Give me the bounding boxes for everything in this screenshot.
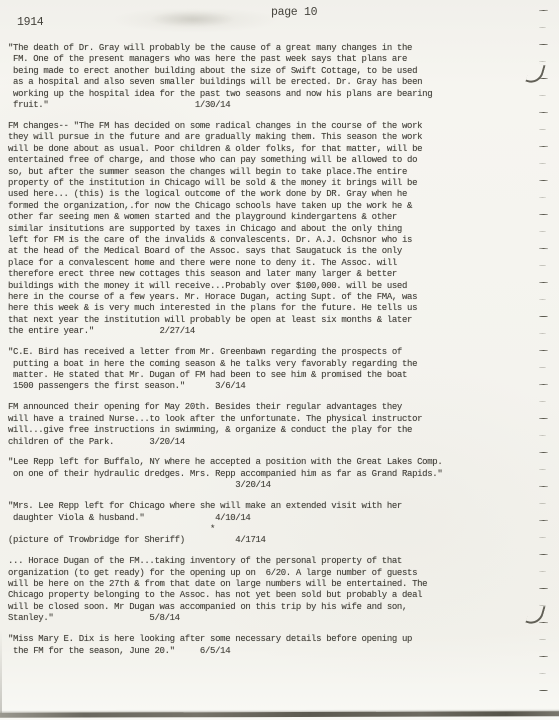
text-line: will be here on the 27th & from that dat… xyxy=(8,579,545,590)
text-line: entertained free of charge, and those wh… xyxy=(8,155,545,166)
year-label: 1914 xyxy=(17,16,43,29)
paragraph: FM announced their opening for May 20th.… xyxy=(8,402,545,448)
binding-mark xyxy=(539,622,548,624)
page-left-edge xyxy=(0,630,2,715)
paragraph: ... Horace Dugan of the FM...taking inve… xyxy=(8,556,545,624)
text-line: "The death of Dr. Gray will probably be … xyxy=(8,43,545,54)
text-line: Chicago property belonging to the Assoc.… xyxy=(8,590,545,601)
paragraph: "The death of Dr. Gray will probably be … xyxy=(8,43,545,111)
text-line: will have a trained Nurse...to look afte… xyxy=(8,414,545,425)
binding-mark xyxy=(539,503,546,504)
binding-mark xyxy=(539,265,546,266)
text-line: (picture of Trowbridge for Sheriff) 4/17… xyxy=(8,535,545,546)
text-line: 1500 passengers the first season." 3/6/1… xyxy=(8,381,545,392)
binding-hook-mark xyxy=(525,61,545,85)
text-line: therefore erect three new cottages this … xyxy=(8,269,545,280)
binding-mark xyxy=(539,333,546,334)
binding-mark xyxy=(539,673,546,674)
text-line: organization (to get ready) for the open… xyxy=(8,568,545,579)
text-line: fruit." 1/30/14 xyxy=(8,100,545,111)
text-line: FM changes-- "The FM has decided on some… xyxy=(8,121,545,132)
binding-mark xyxy=(539,112,548,114)
binding-mark xyxy=(539,486,548,488)
text-line: formed the organization,.for now the Chi… xyxy=(8,201,545,212)
text-line: FM announced their opening for May 20th.… xyxy=(8,402,545,413)
text-line: 3/20/14 xyxy=(8,480,545,491)
text-line: as a hospital and also seven smaller bui… xyxy=(8,77,545,88)
binding-mark xyxy=(539,367,546,368)
text-line: left for FM is the care of the invalids … xyxy=(8,235,545,246)
text-line: "C.E. Bird has received a letter from Mr… xyxy=(8,347,545,358)
document-page: 1914 page 10 "The death of Dr. Gray will… xyxy=(0,0,559,720)
binding-mark xyxy=(539,350,548,351)
text-line: will be done about as usual. Poor childr… xyxy=(8,144,545,155)
binding-mark xyxy=(539,282,548,283)
binding-mark xyxy=(539,10,548,12)
text-line: will be closed soon. Mr Dugan was accomp… xyxy=(8,602,545,613)
text-line: here in the course of a few years. Mr. H… xyxy=(8,292,545,303)
text-line: here this week & is very much interested… xyxy=(8,303,545,314)
text-line: Stanley." 5/8/14 xyxy=(8,613,545,624)
text-line: "Miss Mary E. Dix is here looking after … xyxy=(8,634,545,645)
binding-mark xyxy=(539,231,546,232)
binding-mark xyxy=(539,452,548,453)
text-line: will...give free instructions in swimmin… xyxy=(8,425,545,436)
binding-mark xyxy=(539,163,546,164)
paragraph: "C.E. Bird has received a letter from Mr… xyxy=(8,347,545,393)
text-line: used here... (this) is the logical outco… xyxy=(8,189,545,200)
text-line: at the head of the Medical Board of the … xyxy=(8,246,545,257)
text-line: so, but after the summer season the chan… xyxy=(8,167,545,178)
text-line: other far seeing men & women started and… xyxy=(8,212,545,223)
text-line: that next year the institution will prob… xyxy=(8,315,545,326)
paragraph: (picture of Trowbridge for Sheriff) 4/17… xyxy=(8,535,545,546)
binding-mark xyxy=(539,129,546,130)
text-line: property of the institution in Chicago w… xyxy=(8,178,545,189)
text-line: FM. One of the present managers who was … xyxy=(8,54,545,65)
text-line: they will pursue in the future and are g… xyxy=(8,132,545,143)
binding-mark xyxy=(539,656,548,657)
binding-mark xyxy=(539,61,546,63)
binding-mark xyxy=(539,639,546,640)
binding-mark xyxy=(539,690,548,691)
text-line: similar insitutions are supported by tax… xyxy=(8,224,545,235)
text-line: children of the Park. 3/20/14 xyxy=(8,437,545,448)
binding-mark xyxy=(539,44,548,45)
binding-mark xyxy=(539,384,548,386)
paragraph: FM changes-- "The FM has decided on some… xyxy=(8,121,545,338)
binding-mark xyxy=(539,418,548,419)
text-line: the entire year." 2/27/14 xyxy=(8,326,545,337)
text-line: on one of their hydraulic dredges. Mrs. … xyxy=(8,469,545,480)
text-line: place for a convalescent home and there … xyxy=(8,258,545,269)
text-line: daughter Viola & husband." 4/10/14 xyxy=(8,513,545,524)
binding-mark xyxy=(539,146,548,148)
binding-mark xyxy=(539,316,548,317)
paragraph: "Mrs. Lee Repp left for Chicago where sh… xyxy=(8,501,545,535)
binding-mark xyxy=(539,554,548,555)
text-line: the FM for the season, June 20." 6/5/14 xyxy=(8,646,545,657)
binding-mark xyxy=(539,180,548,181)
paragraph: "Lee Repp left for Buffalo, NY where he … xyxy=(8,457,545,491)
text-line: being made to erect another building abo… xyxy=(8,66,545,77)
text-line: working up the hospital idea for the pas… xyxy=(8,89,545,100)
text-line: matter. He stated that Mr. Dugan of FM h… xyxy=(8,370,545,381)
text-line: buildings with the money it will receive… xyxy=(8,281,545,292)
paragraph: "Miss Mary E. Dix is here looking after … xyxy=(8,634,545,657)
eraser-smudge xyxy=(150,11,235,27)
binding-mark xyxy=(539,27,546,28)
text-line: "Lee Repp left for Buffalo, NY where he … xyxy=(8,457,545,468)
page-number: page 10 xyxy=(271,6,317,19)
binding-mark xyxy=(539,299,546,300)
binding-mark xyxy=(539,520,548,522)
binding-mark xyxy=(539,197,546,199)
binding-mark xyxy=(539,401,546,402)
binding-marks xyxy=(515,0,559,720)
binding-mark xyxy=(539,248,548,250)
binding-mark xyxy=(539,214,548,215)
document-body: "The death of Dr. Gray will probably be … xyxy=(8,43,545,667)
text-line: "Mrs. Lee Repp left for Chicago where sh… xyxy=(8,501,545,512)
binding-mark xyxy=(539,469,546,470)
text-line: * xyxy=(8,524,545,535)
text-line: putting a boat in here the coming season… xyxy=(8,359,545,370)
page-bottom-edge xyxy=(0,711,559,717)
binding-mark xyxy=(539,95,546,96)
binding-mark xyxy=(539,435,546,437)
binding-mark xyxy=(539,537,546,538)
text-line: ... Horace Dugan of the FM...taking inve… xyxy=(8,556,545,567)
binding-mark xyxy=(539,571,546,573)
binding-mark xyxy=(539,588,548,589)
